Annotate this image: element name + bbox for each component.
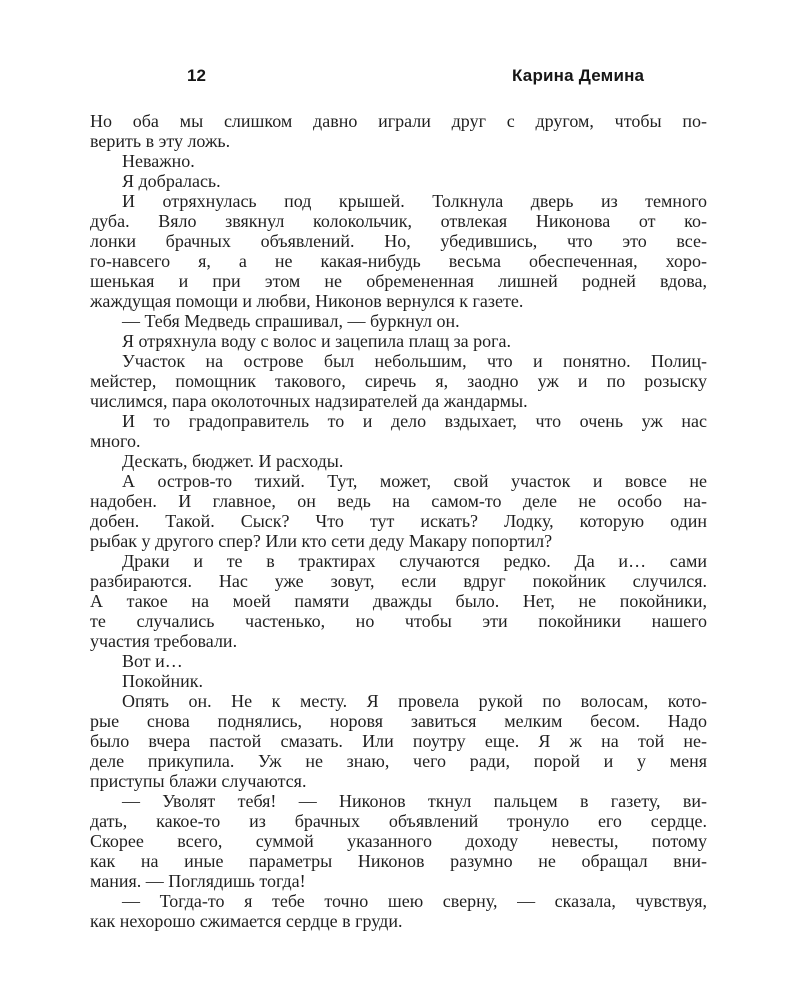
text-line: шенькая и при этом не обремененная лишне… [90,271,707,291]
text-line: Опять он. Не к месту. Я провела рукой по… [90,691,707,711]
text-line: Я добралась. [90,171,707,191]
running-title-author: Карина Демина [512,66,644,86]
text-line: дуба. Вяло звякнул колокольчик, отвлекая… [90,211,707,231]
text-line: разбираются. Нас уже зовут, если вдруг п… [90,571,707,591]
text-line: добен. Такой. Сыск? Что тут искать? Лодк… [90,511,707,531]
text-line: числимся, пара околоточных надзирателей … [90,391,707,411]
text-line: И отряхнулась под крышей. Толкнула дверь… [90,191,707,211]
paragraph: А остров-то тихий. Тут, может, свой учас… [90,471,707,551]
paragraph: Дескать, бюджет. И расходы. [90,451,707,471]
text-line: как на иные параметры Никонов разумно не… [90,851,707,871]
text-line: Скорее всего, суммой указанного доходу н… [90,831,707,851]
paragraph: Но оба мы слишком давно играли друг с др… [90,111,707,151]
paragraph: — Тебя Медведь спрашивал, — буркнул он. [90,311,707,331]
paragraph: Опять он. Не к месту. Я провела рукой по… [90,691,707,791]
text-line: Покойник. [90,671,707,691]
page-header: 12 Карина Демина [90,66,707,86]
paragraph: Я отряхнула воду с волос и зацепила плащ… [90,331,707,351]
text-line: Вот и… [90,651,707,671]
paragraph: Участок на острове был небольшим, что и … [90,351,707,411]
text-line: надобен. И главное, он ведь на самом-то … [90,491,707,511]
text-line: Драки и те в трактирах случаются редко. … [90,551,707,571]
text-line: те случались частенько, но чтобы эти пок… [90,611,707,631]
text-line: — Уволят тебя! — Никонов ткнул пальцем в… [90,791,707,811]
text-line: Я отряхнула воду с волос и зацепила плащ… [90,331,707,351]
text-line: дать, какое-то из брачных объявлений тро… [90,811,707,831]
text-line: деле прикупила. Уж не знаю, чего ради, п… [90,751,707,771]
text-line: верить в эту ложь. [90,131,707,151]
text-line: А такое на моей памяти дважды было. Нет,… [90,591,707,611]
page-number: 12 [187,66,206,86]
text-line: И то градоправитель то и дело вздыхает, … [90,411,707,431]
paragraph: Вот и… [90,651,707,671]
text-line: много. [90,431,707,451]
text-line: — Тебя Медведь спрашивал, — буркнул он. [90,311,707,331]
text-line: участия требовали. [90,631,707,651]
text-line: было вчера пастой смазать. Или поутру ещ… [90,731,707,751]
text-line: жаждущая помощи и любви, Никонов вернулс… [90,291,707,311]
text-line: как нехорошо сжимается сердце в груди. [90,911,707,931]
text-line: Но оба мы слишком давно играли друг с др… [90,111,707,131]
paragraph: И то градоправитель то и дело вздыхает, … [90,411,707,451]
paragraph: Покойник. [90,671,707,691]
text-line: го-навсего я, а не какая-нибудь весьма о… [90,251,707,271]
paragraph: И отряхнулась под крышей. Толкнула дверь… [90,191,707,311]
paragraph: — Уволят тебя! — Никонов ткнул пальцем в… [90,791,707,891]
book-page: 12 Карина Демина Но оба мы слишком давно… [0,0,800,1000]
text-line: Дескать, бюджет. И расходы. [90,451,707,471]
text-line: рыбак у другого спер? Или кто сети деду … [90,531,707,551]
paragraph: Драки и те в трактирах случаются редко. … [90,551,707,651]
text-line: приступы блажи случаются. [90,771,707,791]
page-body: Но оба мы слишком давно играли друг с др… [90,111,707,931]
text-line: А остров-то тихий. Тут, может, свой учас… [90,471,707,491]
text-line: мейстер, помощник такового, сиречь я, за… [90,371,707,391]
text-line: рые снова поднялись, норовя завиться мел… [90,711,707,731]
paragraph: — Тогда-то я тебе точно шею сверну, — ск… [90,891,707,931]
text-line: лонки брачных объявлений. Но, убедившись… [90,231,707,251]
paragraph: Неважно. [90,151,707,171]
text-line: Участок на острове был небольшим, что и … [90,351,707,371]
text-line: — Тогда-то я тебе точно шею сверну, — ск… [90,891,707,911]
paragraph: Я добралась. [90,171,707,191]
text-line: мания. — Поглядишь тогда! [90,871,707,891]
text-line: Неважно. [90,151,707,171]
